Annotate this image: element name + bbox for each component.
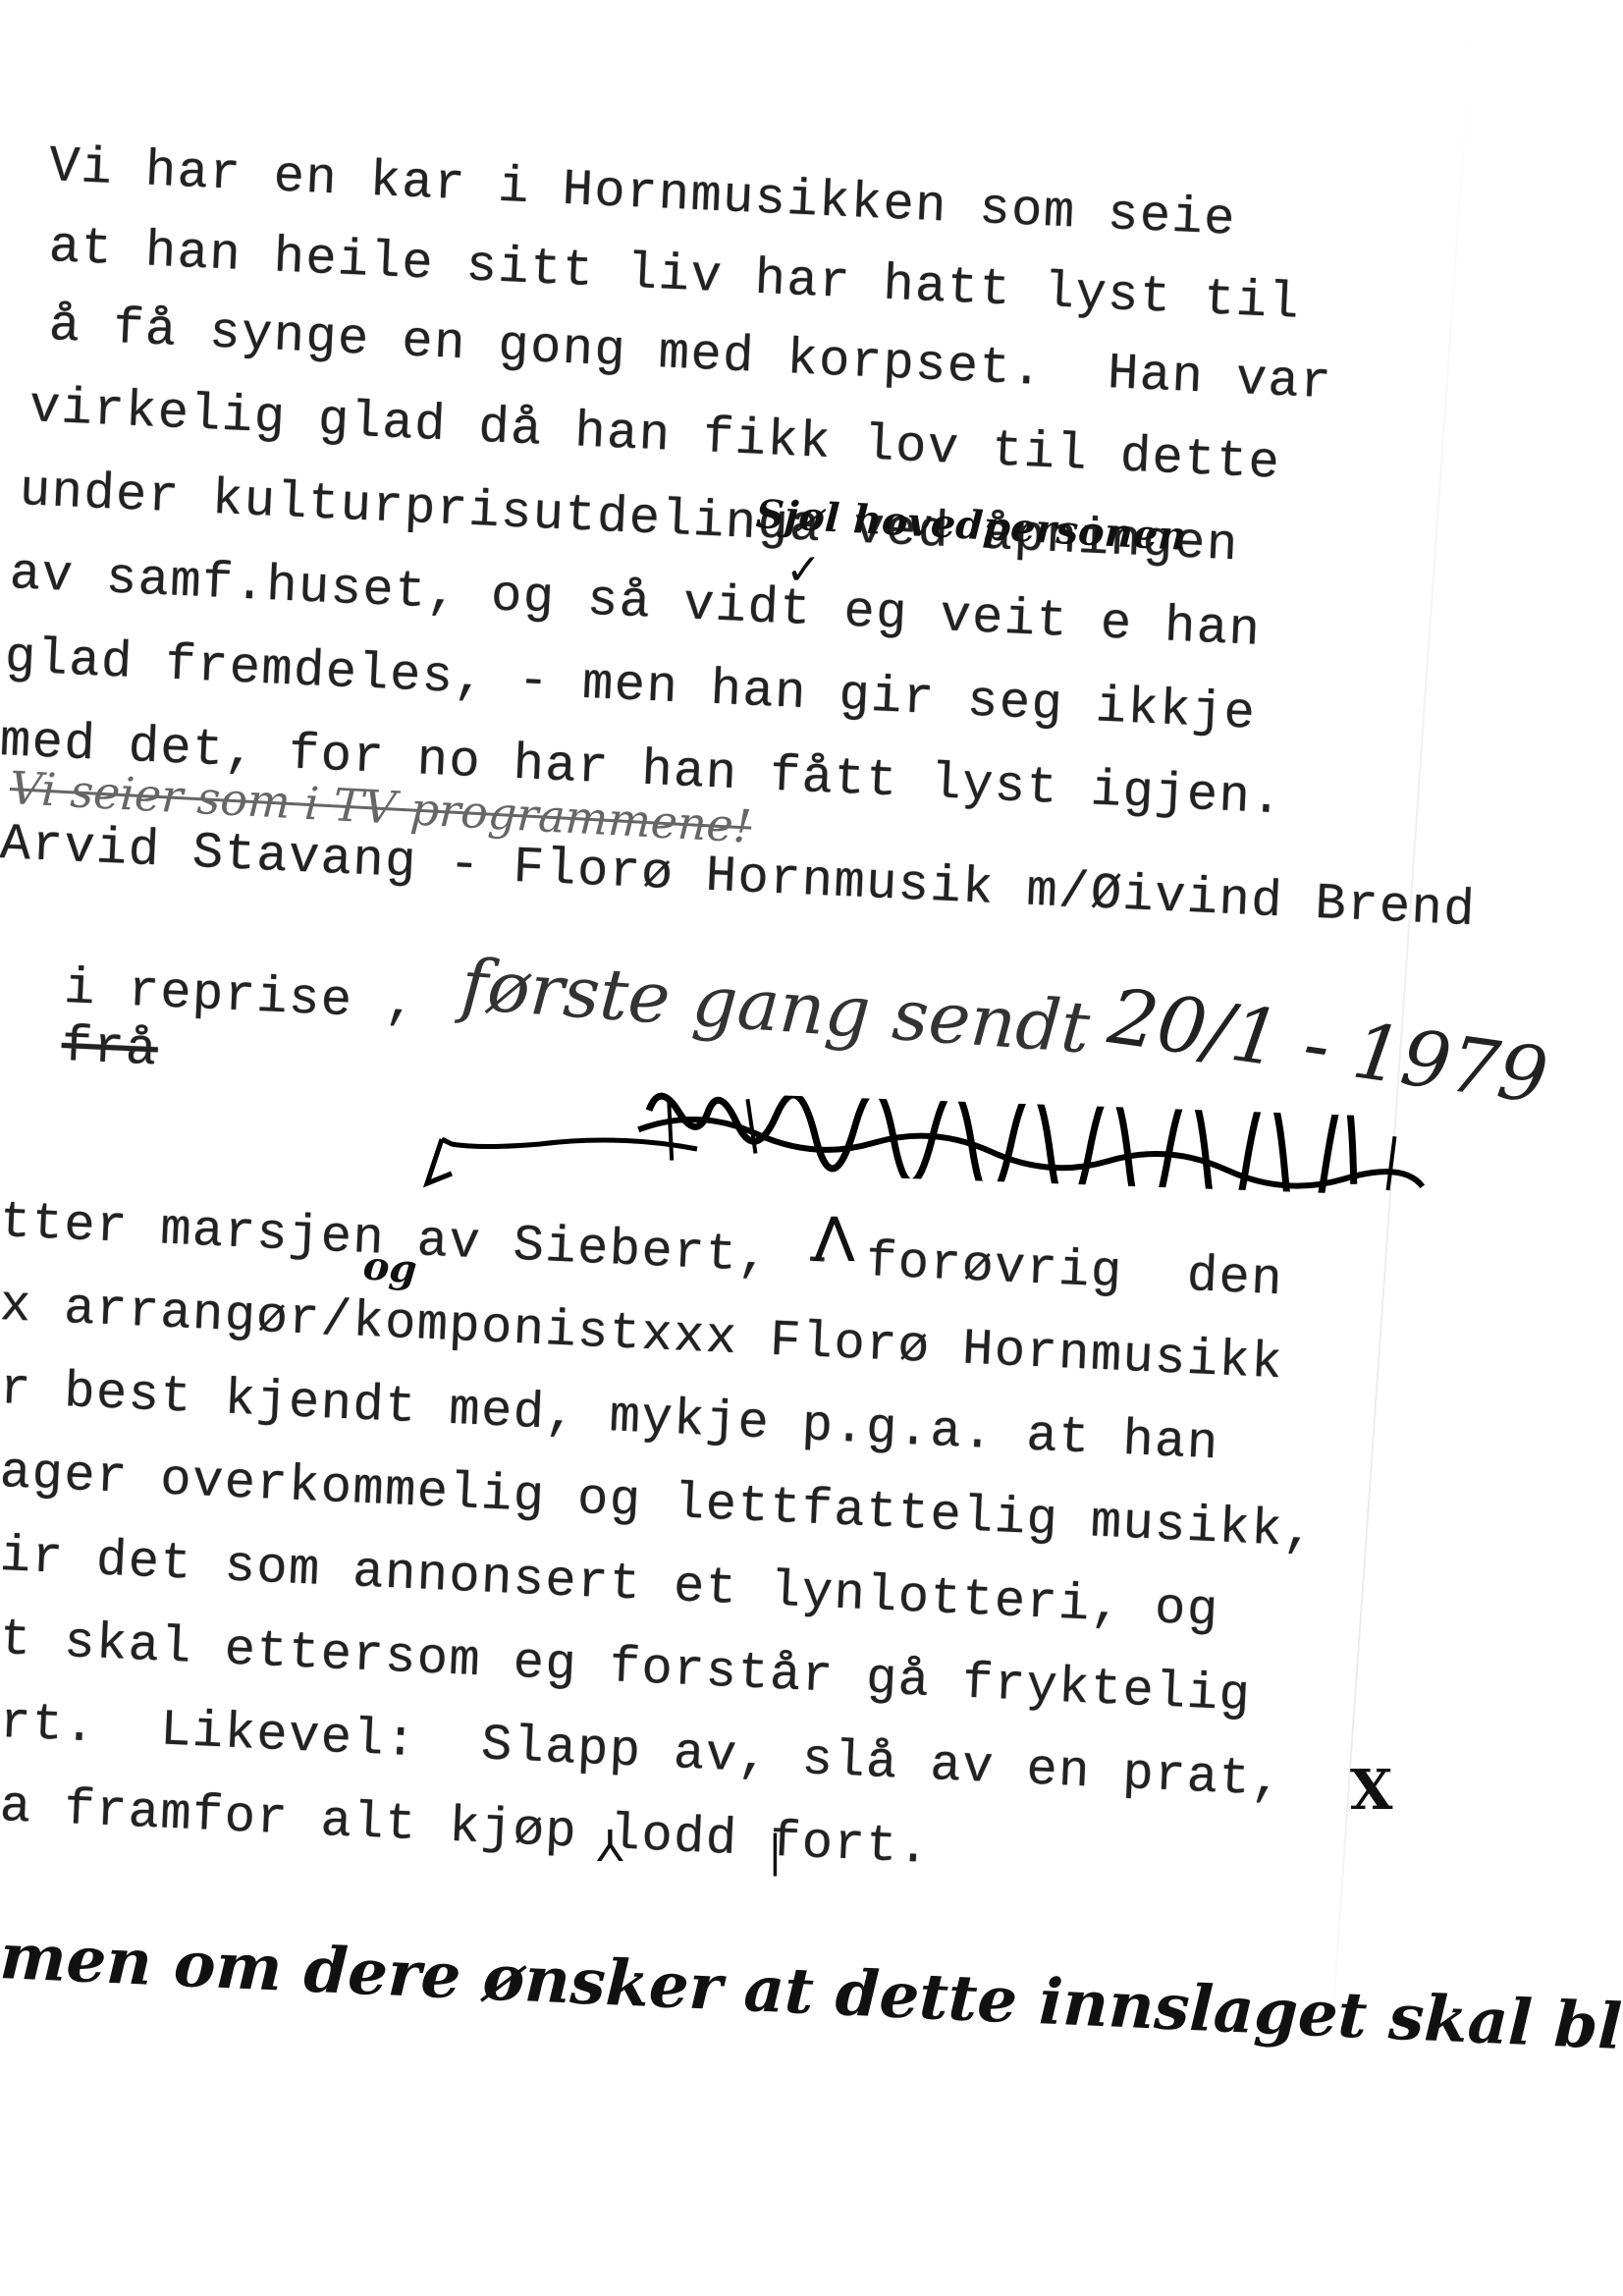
arrow-left-icon — [412, 1110, 707, 1198]
scribbled-out-annotation — [627, 1090, 1474, 1198]
struck-word: frå — [60, 1017, 159, 1079]
typed-line: a framfor alt kjøp lodd fort. — [0, 1777, 932, 1878]
insertion-bar-mark: | — [768, 1827, 783, 1877]
insertion-caret-mark: ⅄ — [597, 1822, 623, 1872]
handwritten-date: 20/1 - 1979 — [1104, 972, 1553, 1121]
handwritten-first-broadcast: første gang sendt — [459, 943, 1092, 1069]
handwritten-closing-note: men om dere ønsker at dette innslaget sk… — [0, 1920, 1623, 2073]
margin-x-mark: X — [1350, 1758, 1392, 1823]
insertion-caret-mark: ⋀ — [815, 1208, 853, 1263]
handwritten-og-insertion: og — [361, 1242, 419, 1293]
reprise-line: i reprise , frå — [0, 899, 421, 1091]
caret-check-mark: ✓ — [785, 545, 822, 595]
